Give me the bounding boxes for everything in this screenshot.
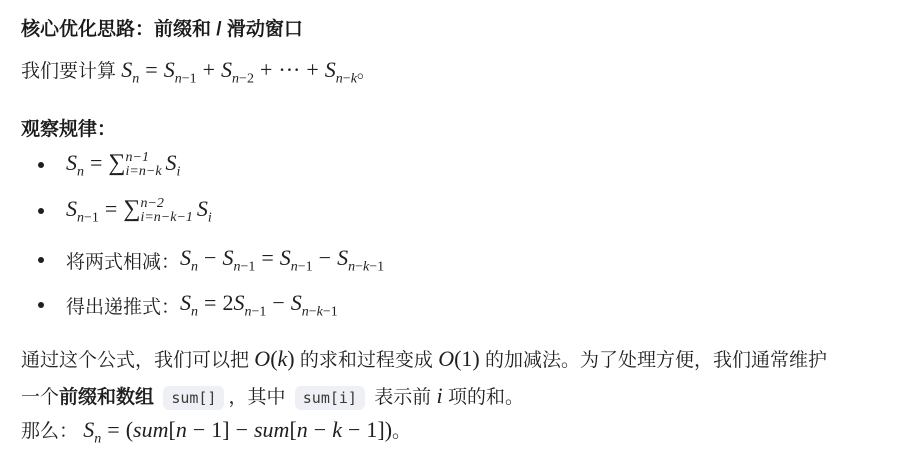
text: 。 xyxy=(392,421,411,442)
formula-sum-sn: Sn=∑n−1i=n−kSi xyxy=(66,150,180,180)
formula-sum-sn-1: Sn−1=∑n−2i=n−k−1Si xyxy=(66,196,212,226)
section-heading-core-idea: 核心优化思路：前缀和 / 滑动窗口 xyxy=(21,14,303,41)
paragraph-line-1: 通过这个公式，我们可以把 O(k) 的求和过程变成 O(1) 的加减法。为了处理… xyxy=(21,345,827,372)
bullet-icon xyxy=(38,208,44,214)
intro-formula: Sn=Sn−1+Sn−2+···+Sn−k xyxy=(121,57,357,82)
text: ，其中 xyxy=(228,387,285,408)
bullet-prefix: 得出递推式： xyxy=(66,292,180,319)
list-item: Sn−1=∑n−2i=n−k−1Si xyxy=(21,196,212,226)
formula-prefix-sum: Sn=(sum[n−1]−sum[n−k−1]) xyxy=(83,417,392,442)
text: 表示前 xyxy=(374,387,431,408)
text: 的加减法。为了处理方便，我们通常维护 xyxy=(485,350,827,371)
paragraph-line-3: 那么： Sn=(sum[n−1]−sum[n−k−1])。 xyxy=(21,416,411,447)
code-sum-array: sum[] xyxy=(163,386,224,410)
text: 一个 xyxy=(21,387,59,408)
list-item: 得出递推式： Sn=2Sn−1−Sn−k−1 xyxy=(21,290,338,320)
text: 那么： xyxy=(21,421,78,442)
formula-o-k: O(k) xyxy=(254,346,294,371)
math-i: i xyxy=(437,383,443,408)
text: 项的和。 xyxy=(448,387,524,408)
intro-line: 我们要计算 Sn=Sn−1+Sn−2+···+Sn−k。 xyxy=(21,56,376,87)
section-heading-observe: 观察规律： xyxy=(21,114,116,141)
text: 的求和过程变成 xyxy=(300,350,433,371)
list-item: Sn=∑n−1i=n−kSi xyxy=(21,150,180,180)
intro-suffix: 。 xyxy=(357,61,376,82)
formula-subtract: Sn−Sn−1=Sn−1−Sn−k−1 xyxy=(180,245,384,275)
bold-term-prefix-sum-array: 前缀和数组 xyxy=(59,387,154,408)
bullet-icon xyxy=(38,162,44,168)
paragraph-line-2: 一个前缀和数组 sum[]，其中 sum[i] 表示前 i 项的和。 xyxy=(21,382,524,409)
formula-recurrence: Sn=2Sn−1−Sn−k−1 xyxy=(180,290,338,320)
formula-o-1: O(1) xyxy=(438,346,480,371)
bullet-icon xyxy=(38,302,44,308)
code-sum-i: sum[i] xyxy=(295,386,365,410)
list-item: 将两式相减： Sn−Sn−1=Sn−1−Sn−k−1 xyxy=(21,245,384,275)
text: 通过这个公式，我们可以把 xyxy=(21,350,249,371)
bullet-prefix: 将两式相减： xyxy=(66,247,180,274)
intro-prefix: 我们要计算 xyxy=(21,61,116,82)
bullet-icon xyxy=(38,257,44,263)
